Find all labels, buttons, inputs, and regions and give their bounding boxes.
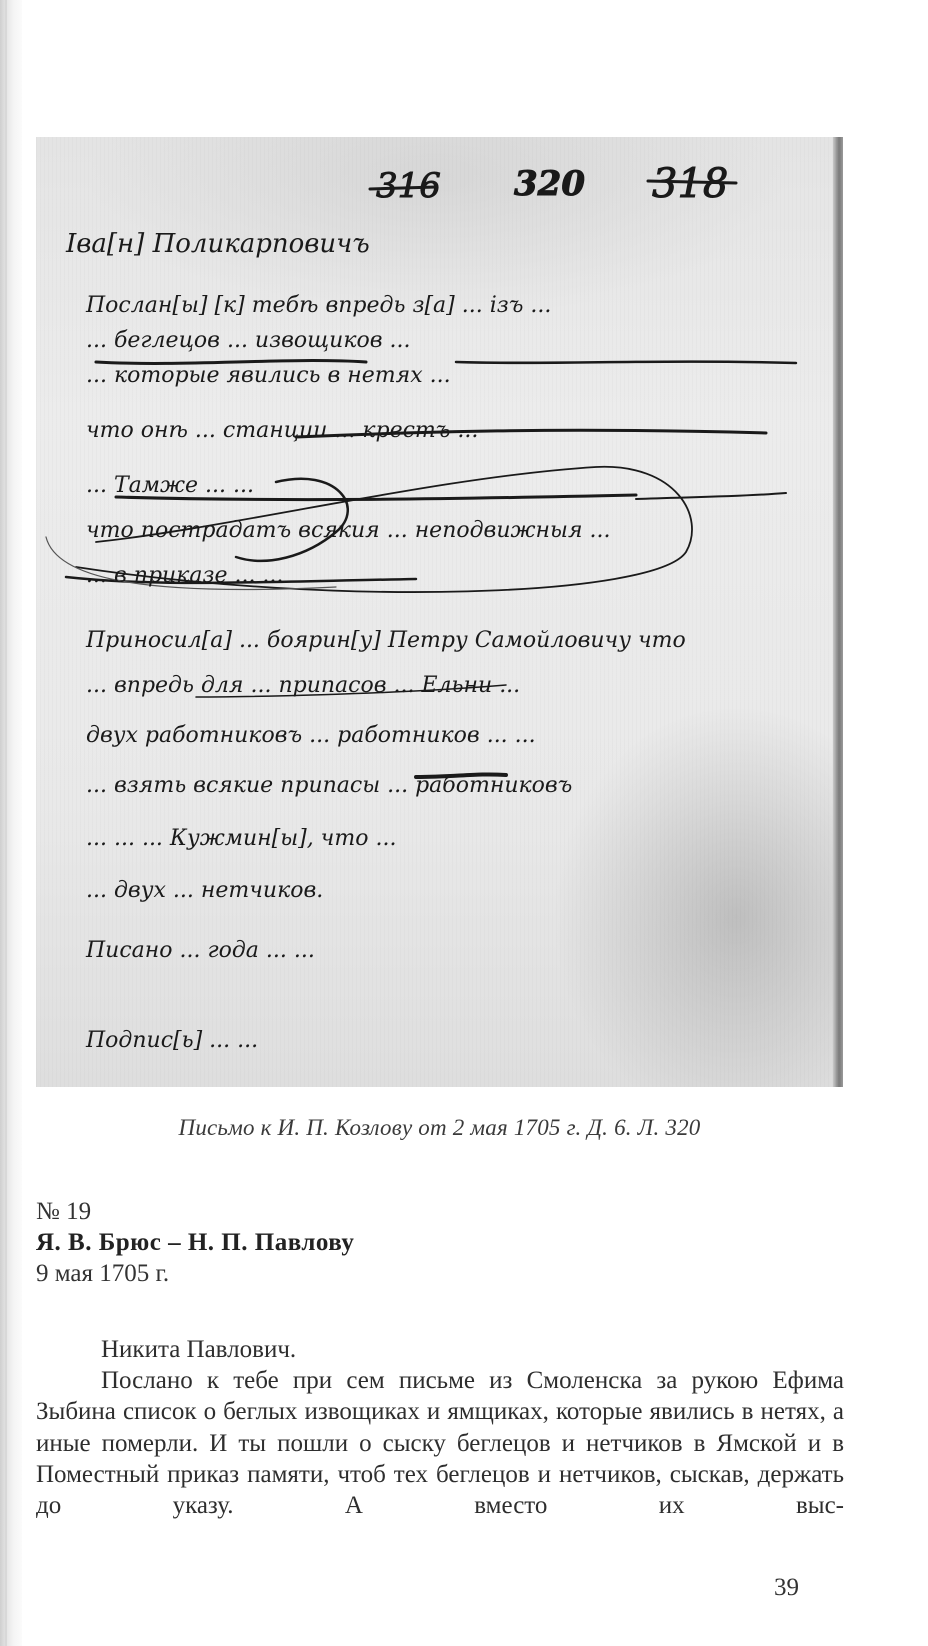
- handwritten-line: двух работниковъ ... работников ... ...: [86, 723, 536, 748]
- document-date: 9 мая 1705 г.: [36, 1260, 169, 1288]
- book-spine-shadow: [0, 0, 22, 1646]
- document-number: № 19: [36, 1198, 91, 1226]
- document-body: Никита Павлович. Послано к тебе при сем …: [36, 1334, 844, 1521]
- handwriting-illustration: 316 320 318 Іва[н] Поликарповичъ Послан[…: [36, 137, 843, 1087]
- handwritten-line: ... двух ... нетчиков.: [86, 878, 323, 903]
- handwritten-line: ... которые явились в нетях ...: [86, 363, 451, 388]
- figure-caption: Письмо к И. П. Козлову от 2 мая 1705 г. …: [36, 1115, 843, 1141]
- handwritten-line: Послан[ы] [к] тебѣ впредь з[а] ... ізъ .…: [85, 293, 551, 318]
- handwritten-line: ... Тамже ... ...: [86, 473, 254, 498]
- handwritten-line: ... беглецов ... извощиков ...: [86, 328, 411, 353]
- handwritten-line: ... в приказе ... ...: [86, 563, 283, 588]
- body-paragraph: Послано к тебе при сем письме из Смоленс…: [36, 1365, 844, 1521]
- handwritten-line: Писано ... года ... ...: [85, 938, 315, 963]
- page-number: 39: [774, 1574, 799, 1602]
- manuscript-facsimile-image: 316 320 318 Іва[н] Поликарповичъ Послан[…: [36, 137, 843, 1087]
- handwritten-line: Приносил[а] ... боярин[у] Петру Самойлов…: [85, 628, 686, 653]
- document-title: Я. В. Брюс – Н. П. Павлову: [36, 1229, 354, 1257]
- handwritten-line: ... ... ... Кужмин[ы], что ...: [86, 826, 396, 851]
- handwritten-line: что онѣ ... станции ... крестъ ...: [86, 418, 478, 443]
- salutation: Никита Павлович.: [36, 1334, 844, 1365]
- handwritten-line: Подпис[ь] ... ...: [85, 1028, 258, 1053]
- handwritten-line: ... впредь для ... припасов ... Ельни ..…: [86, 673, 520, 698]
- folio-current: 320: [514, 164, 585, 204]
- handwritten-line: что пострадатъ всякия ... неподвижныя ..…: [86, 518, 611, 543]
- handwritten-line: Іва[н] Поликарповичъ: [65, 229, 370, 259]
- handwritten-line: ... взять всякие припасы ... работниковъ: [86, 773, 572, 798]
